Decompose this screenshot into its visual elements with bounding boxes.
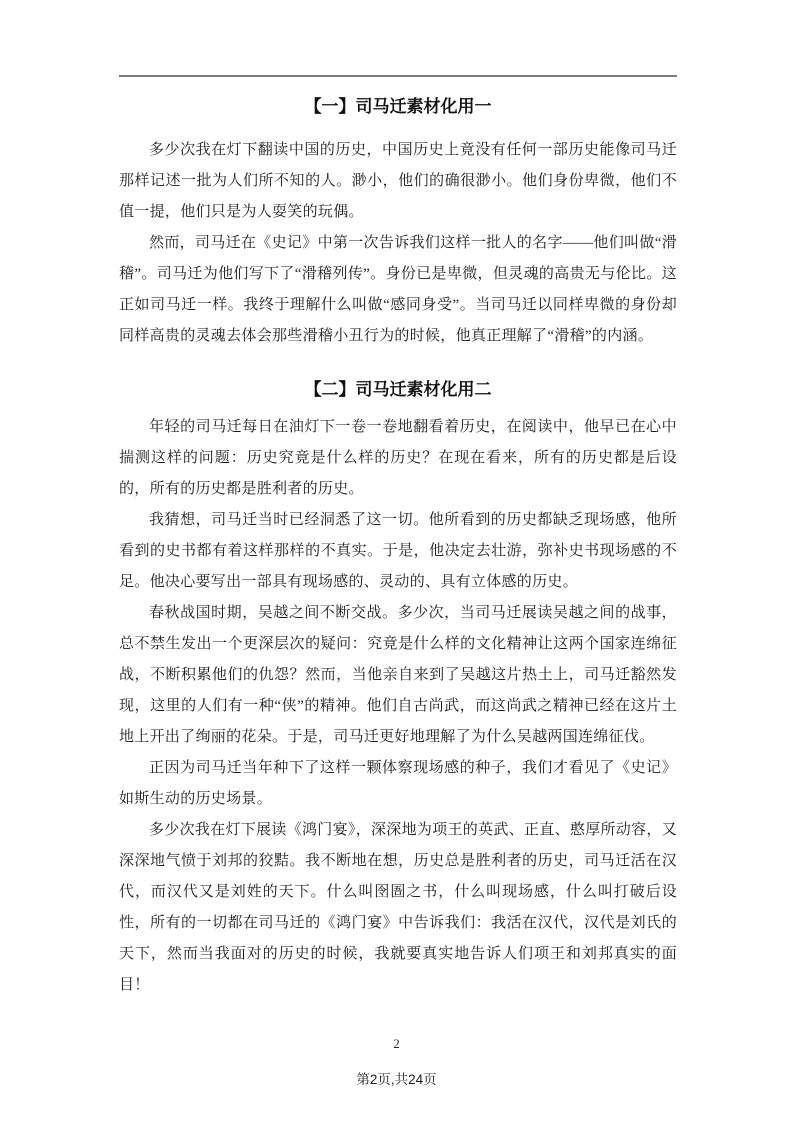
section-2-paragraph-3: 春秋战国时期，吴越之间不断交战。多少次，当司马迁展读吴越之间的战事，总不禁生发出… <box>119 598 677 753</box>
header-rule <box>119 75 677 77</box>
section-2-paragraph-1: 年轻的司马迁每日在油灯下一卷一卷地翻看着历史，在阅读中，他早已在心中揣测这样的问… <box>119 412 677 505</box>
section-1-heading: 【一】司马迁素材化用一 <box>119 96 677 118</box>
document-page: 【一】司马迁素材化用一 多少次我在灯下翻读中国的历史，中国历史上竟没有任何一部历… <box>0 0 793 1122</box>
document-content: 【一】司马迁素材化用一 多少次我在灯下翻读中国的历史，中国历史上竟没有任何一部历… <box>119 88 677 1001</box>
section-2-paragraph-5: 多少次我在灯下展读《鸿门宴》，深深地为项王的英武、正直、憨厚所动容，又深深地气愤… <box>119 815 677 1001</box>
section-2-paragraph-4: 正因为司马迁当年种下了这样一颗体察现场感的种子，我们才看见了《史记》如斯生动的历… <box>119 753 677 815</box>
section-2-heading: 【二】司马迁素材化用二 <box>119 379 677 401</box>
section-2-paragraph-2: 我猜想，司马迁当时已经洞悉了这一切。他所看到的历史都缺乏现场感，他所看到的史书都… <box>119 505 677 598</box>
page-number: 2 <box>0 1036 793 1052</box>
section-1-paragraph-2: 然而，司马迁在《史记》中第一次告诉我们这样一批人的名字——他们叫做“滑稽”。司马… <box>119 228 677 352</box>
footer-page-info: 第2页,共24页 <box>0 1068 793 1088</box>
section-1-paragraph-1: 多少次我在灯下翻读中国的历史，中国历史上竟没有任何一部历史能像司马迁那样记述一批… <box>119 135 677 228</box>
